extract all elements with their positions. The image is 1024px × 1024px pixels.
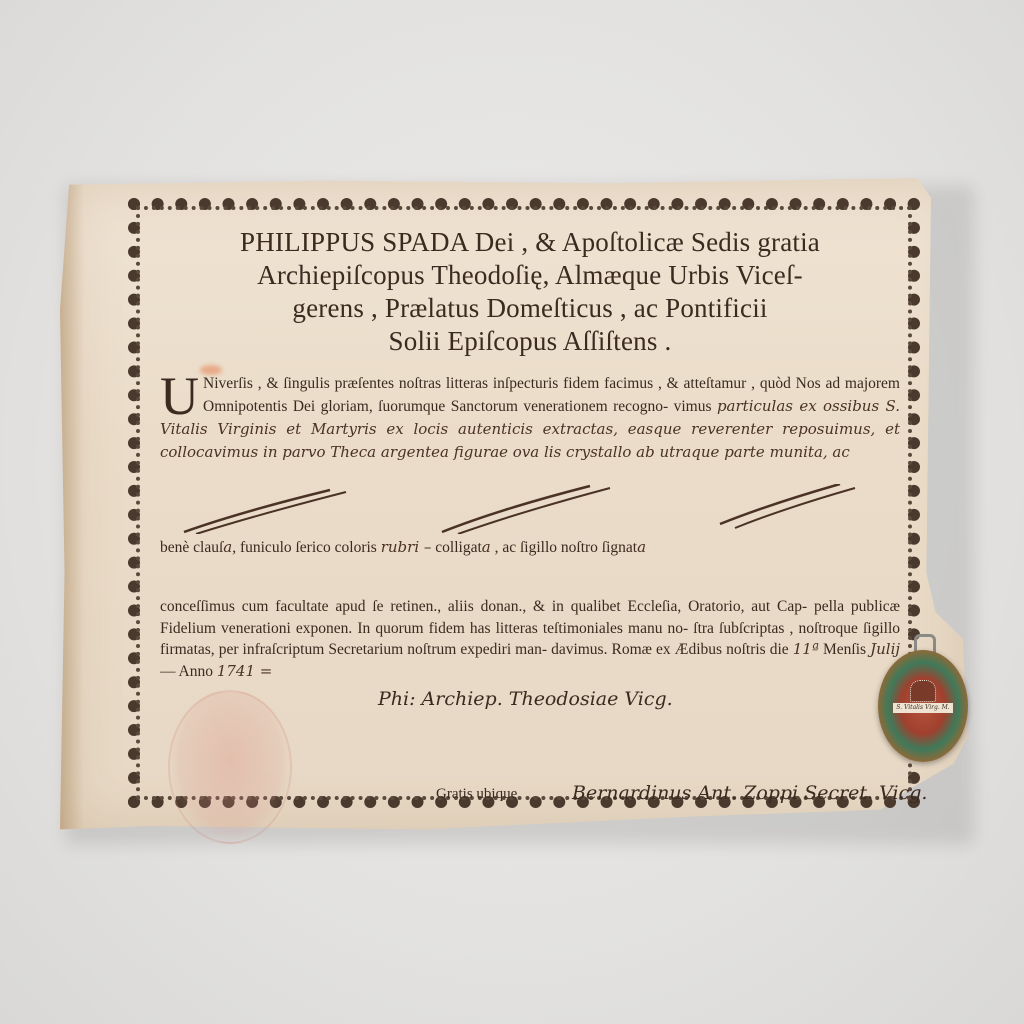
signature-secretary: Bernardinus Ant. Zoppi Secret. Vicg.: [572, 782, 927, 804]
handwritten-text: a: [637, 538, 646, 556]
body-paragraph-1: U Niverſis , & ſingulis præſentes noſtra…: [160, 372, 900, 464]
heading-line: gerens , Prælatus Domeſticus , ac Pontif…: [160, 292, 900, 325]
printed-text: , funiculo ſerico coloris: [232, 539, 377, 556]
date-day: 11ª: [793, 640, 819, 658]
relic-icon: [910, 680, 936, 702]
date-month: Julij: [870, 640, 900, 658]
signature-archbishop: Phi: Archiep. Theodosiae Vicg.: [378, 688, 673, 710]
heading-line: Archiepiſcopus Theodoſię, Almæque Urbis …: [160, 259, 900, 292]
date-year: 1741 =: [217, 662, 273, 680]
wax-seal-impression: [168, 690, 292, 844]
closure-line: benè clauſa, funiculo ſerico coloris rub…: [160, 538, 646, 557]
body-paragraph-2: conceſſimus cum facultate apud ſe retine…: [160, 596, 900, 682]
document-heading: PHILIPPUS SPADA Dei , & Apoſtolicæ Sedis…: [160, 226, 900, 358]
cancel-strokes: [180, 484, 860, 534]
printed-text: , ac ſigillo noſtro ſignat: [495, 539, 638, 556]
printed-text: — Anno: [160, 663, 213, 680]
handwritten-text: rubri –: [381, 538, 432, 556]
gratis-label: Gratis ubique: [436, 786, 517, 803]
drop-cap: U: [160, 374, 199, 418]
printed-text: conceſſimus cum facultate apud ſe retine…: [160, 598, 900, 658]
printed-text: benè clauſ: [160, 539, 223, 556]
printed-text: colligat: [435, 539, 482, 556]
reliquary-label: S. Vitalis Virg. M.: [893, 703, 953, 713]
printed-text: Menſis: [823, 641, 866, 658]
handwritten-text: a: [223, 538, 232, 556]
document-content: PHILIPPUS SPADA Dei , & Apoſtolicæ Sedis…: [160, 226, 900, 464]
heading-line: PHILIPPUS SPADA Dei , & Apoſtolicæ Sedis…: [160, 226, 900, 259]
heading-line: Solii Epiſcopus Aſſiſtens .: [160, 325, 900, 358]
handwritten-text: a: [482, 538, 491, 556]
